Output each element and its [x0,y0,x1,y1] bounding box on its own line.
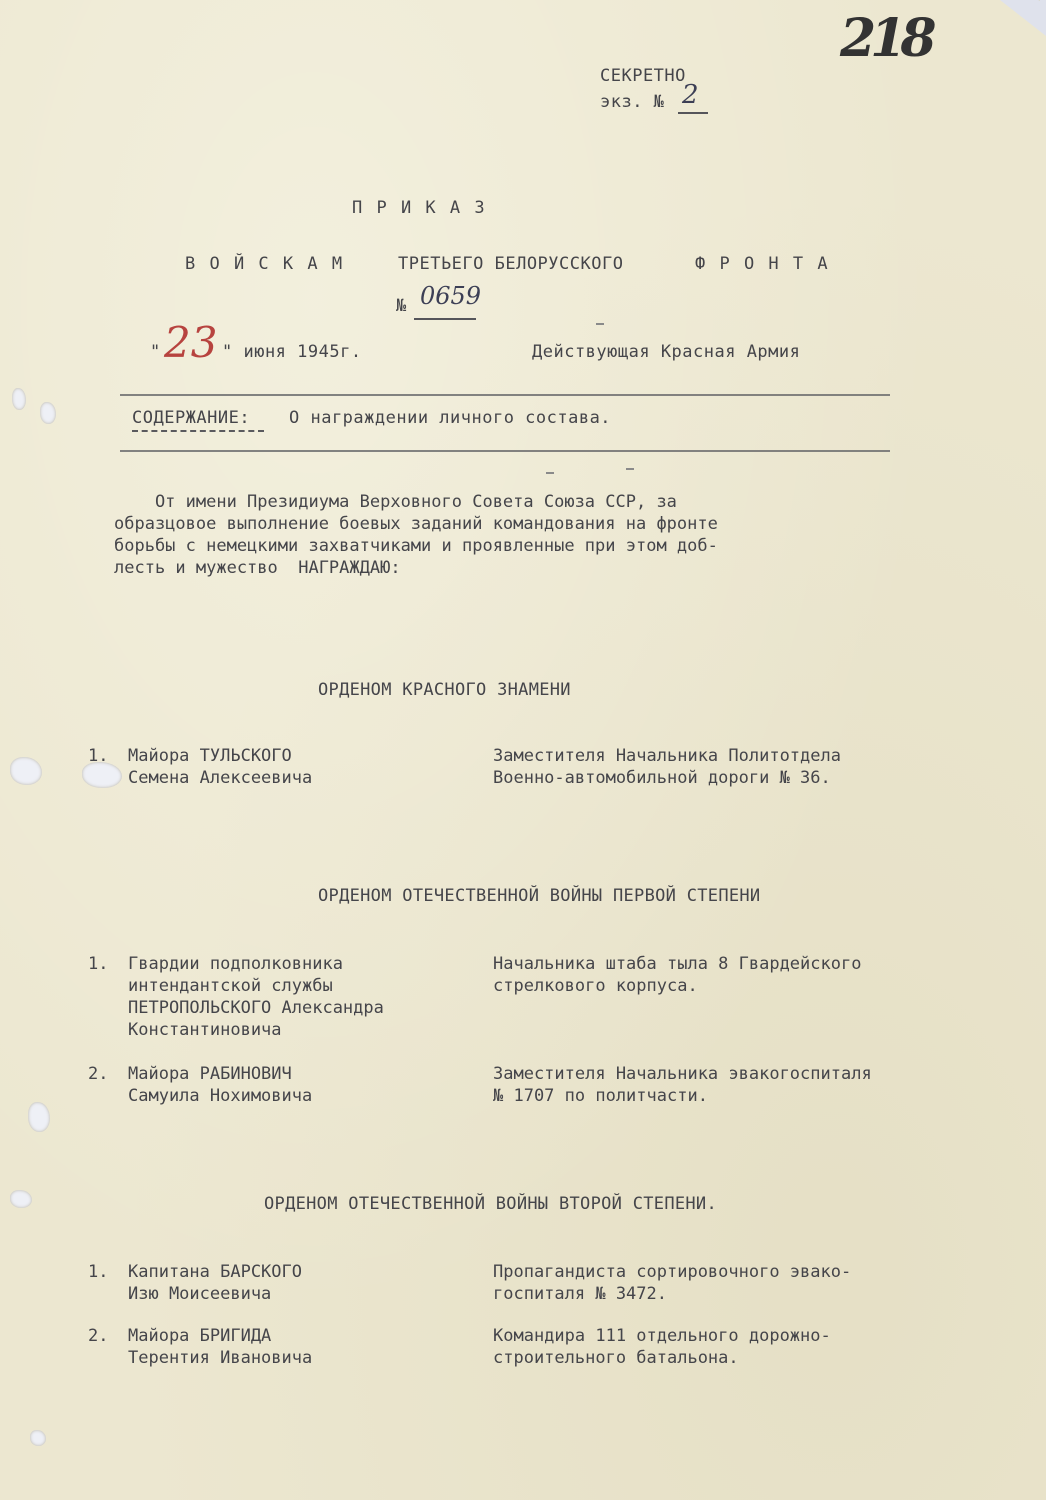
entry-number: 2. [88,1064,128,1084]
punch-hole [10,757,42,785]
entry-name-line: Гвардии подполковника [128,954,343,974]
addressee-front-name: ТРЕТЬЕГО БЕЛОРУССКОГО [398,254,623,274]
preamble-line: борьбы с немецкими захватчиками и проявл… [114,536,718,558]
location: Действующая Красная Армия [532,342,800,362]
order-number-label: № [396,296,407,316]
entry-position-line: Командира 111 отдельного дорожно- [493,1326,831,1348]
punch-hole [10,1190,32,1208]
entry-position-line: строительного батальона. [493,1348,831,1370]
copy-number-underline [678,112,708,114]
subject-text: О награждении личного состава. [289,408,611,428]
award-entry-position: Командира 111 отдельного дорожно- строит… [493,1326,831,1370]
entry-name-line: Капитана БАРСКОГО [128,1262,302,1282]
entry-number: 1. [88,954,128,974]
entry-name-line: Изю Моисеевича [128,1284,271,1304]
entry-position-line: Начальника штаба тыла 8 Гвардейского [493,954,861,976]
entry-position-line: Пропагандиста сортировочного эвако- [493,1262,851,1284]
document-page: СЕКРЕТНО экз. № 2 218 П Р И К А З В О Й … [0,0,1046,1500]
divider-top [120,394,890,396]
subject-label: СОДЕРЖАНИЕ: [132,408,250,428]
section-heading-red-banner: ОРДЕНОМ КРАСНОГО ЗНАМЕНИ [318,680,571,700]
classification-label: СЕКРЕТНО [600,66,686,86]
entry-position-line: Заместителя Начальника эвакогоспиталя [493,1064,872,1086]
order-number-underline [414,318,476,320]
entry-name-line: Семена Алексеевича [128,768,312,788]
award-entry-name: 1.Майора ТУЛЬСКОГО Семена Алексеевича [88,746,312,790]
entry-position-line: стрелкового корпуса. [493,976,861,998]
award-entry-position: Пропагандиста сортировочного эвако- госп… [493,1262,851,1306]
typewriter-mark [546,472,554,474]
entry-number: 2. [88,1326,128,1346]
entry-position-line: № 1707 по политчасти. [493,1086,872,1108]
punch-hole [12,388,26,410]
award-entry-name: 1.Капитана БАРСКОГО Изю Моисеевича [88,1262,302,1306]
award-entry-position: Заместителя Начальника эвакогоспиталя № … [493,1064,872,1108]
punch-hole [40,402,56,424]
entry-position-line: Заместителя Начальника Политотдела [493,746,841,768]
date-open-quote: " [150,342,161,362]
preamble: От имени Президиума Верховного Совета Со… [114,492,718,580]
entry-name-line: Терентия Ивановича [128,1348,312,1368]
preamble-line: лесть и мужество НАГРАЖДАЮ: [114,558,718,580]
preamble-line: От имени Президиума Верховного Совета Со… [114,492,718,514]
addressee-front: Ф Р О Н Т А [695,254,830,274]
award-entry-name: 1.Гвардии подполковника интендантской сл… [88,954,384,1042]
award-entry-position: Заместителя Начальника Политотдела Военн… [493,746,841,790]
date-month-year: " июня 1945г. [222,342,362,362]
entry-name-line: ПЕТРОПОЛЬСКОГО Александра [128,998,384,1018]
punch-hole [30,1430,46,1446]
torn-corner [1000,0,1046,36]
entry-position-line: Военно-автомобильной дороги № 36. [493,768,841,790]
copy-number-label: экз. № [600,92,664,112]
copy-number: 2 [682,80,699,110]
section-heading-patriotic-war-1st: ОРДЕНОМ ОТЕЧЕСТВЕННОЙ ВОЙНЫ ПЕРВОЙ СТЕПЕ… [318,886,760,906]
entry-number: 1. [88,1262,128,1282]
entry-position-line: госпиталя № 3472. [493,1284,851,1306]
entry-name-line: Константиновича [128,1020,282,1040]
preamble-line: образцовое выполнение боевых заданий ком… [114,514,718,536]
addressee-troops: В О Й С К А М [185,254,344,274]
entry-number: 1. [88,746,128,766]
entry-name-line: Майора БРИГИДА [128,1326,271,1346]
award-entry-position: Начальника штаба тыла 8 Гвардейского стр… [493,954,861,998]
typewriter-mark [626,468,634,470]
entry-name-line: Самуила Нохимовича [128,1086,312,1106]
subject-label-underline [132,428,264,432]
sheet-number: 218 [840,8,931,69]
divider-bottom [120,450,890,452]
award-entry-name: 2.Майора РАБИНОВИЧ Самуила Нохимовича [88,1064,312,1108]
entry-name-line: Майора РАБИНОВИЧ [128,1064,292,1084]
order-title: П Р И К А З [352,198,487,218]
date-day: 23 [164,318,217,367]
typewriter-mark [596,323,604,325]
order-number: 0659 [420,282,481,310]
section-heading-patriotic-war-2nd: ОРДЕНОМ ОТЕЧЕСТВЕННОЙ ВОЙНЫ ВТОРОЙ СТЕПЕ… [264,1194,717,1214]
entry-name-line: Майора ТУЛЬСКОГО [128,746,292,766]
entry-name-line: интендантской службы [128,976,333,996]
punch-hole [28,1102,50,1132]
award-entry-name: 2.Майора БРИГИДА Терентия Ивановича [88,1326,312,1370]
